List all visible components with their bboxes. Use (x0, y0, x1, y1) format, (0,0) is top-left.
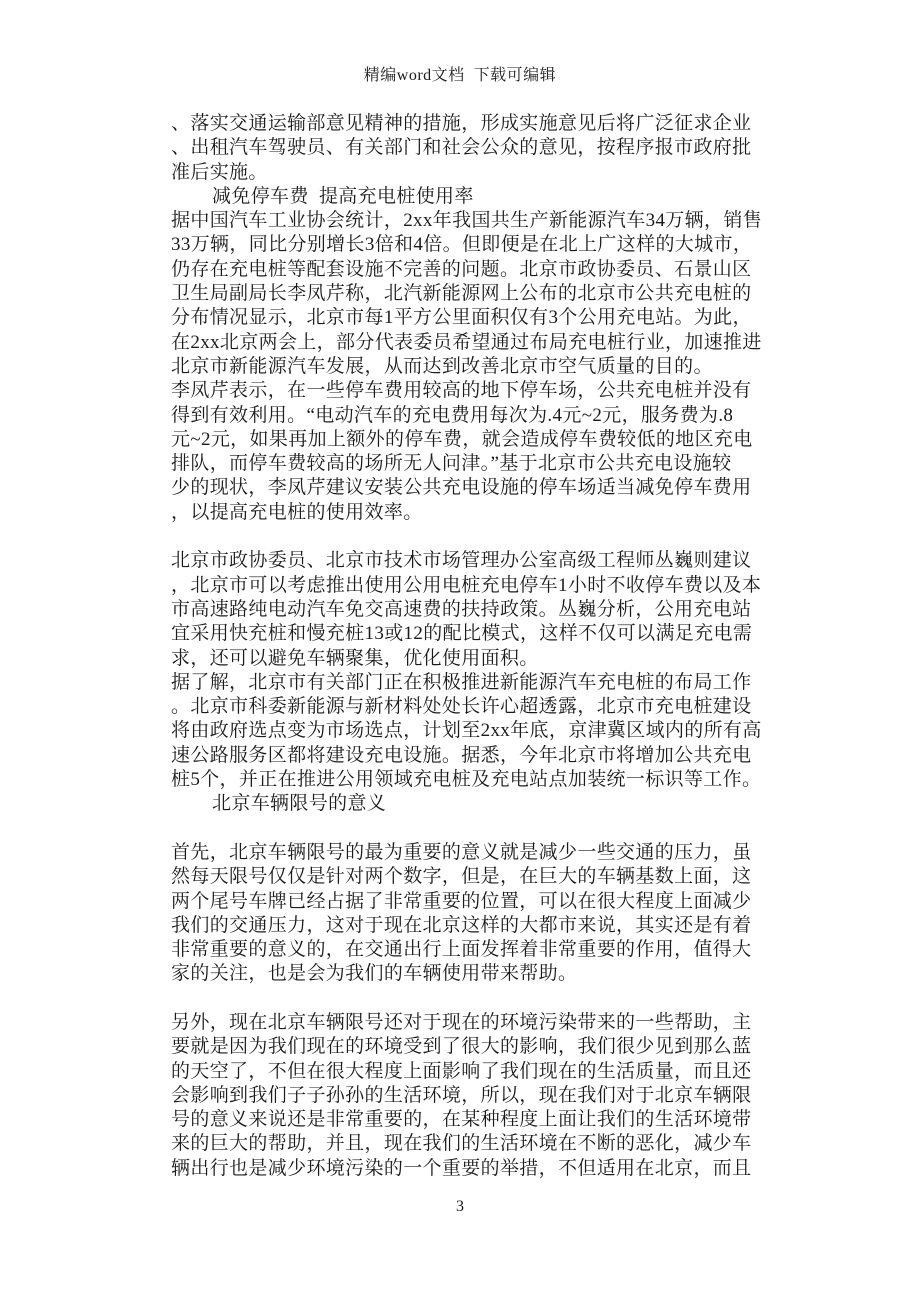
blank-line (171, 987, 759, 1011)
document-page: 精编word文档 下载可编辑 、落实交通运输部意见精神的措施，形成实施意见后将广… (0, 0, 920, 1302)
paragraph-charging-pile-statistics: 据中国汽车工业协会统计，2xx年我国共生产新能源汽车34万辆，销售 33万辆，同… (171, 209, 759, 525)
blank-line (171, 525, 759, 549)
document-body: 、落实交通运输部意见精神的措施，形成实施意见后将广泛征求企业 、出租汽车驾驶员、… (171, 112, 759, 1181)
section-heading-parking-fee: 减免停车费 提高充电桩使用率 (171, 185, 759, 209)
page-number: 3 (0, 1198, 920, 1216)
page-header-text: 精编word文档 下载可编辑 (0, 62, 920, 85)
paragraph-layout-progress: 据了解，北京市有关部门正在积极推进新能源汽车充电桩的布局工作 。北京市科委新能源… (171, 671, 759, 792)
blank-line (171, 817, 759, 841)
section-heading-plate-restriction-meaning: 北京车辆限号的意义 (171, 792, 759, 816)
paragraph-traffic-pressure: 首先，北京车辆限号的最为重要的意义就是减少一些交通的压力，虽 然每天限号仅仅是针… (171, 841, 759, 987)
paragraph-implementation-measures: 、落实交通运输部意见精神的措施，形成实施意见后将广泛征求企业 、出租汽车驾驶员、… (171, 112, 759, 185)
paragraph-environment-benefit: 另外，现在北京车辆限号还对于现在的环境污染带来的一些帮助，主 要就是因为我们现在… (171, 1011, 759, 1181)
paragraph-congwei-suggestion: 北京市政协委员、北京市技术市场管理办公室高级工程师丛巍则建议 ，北京市可以考虑推… (171, 549, 759, 670)
